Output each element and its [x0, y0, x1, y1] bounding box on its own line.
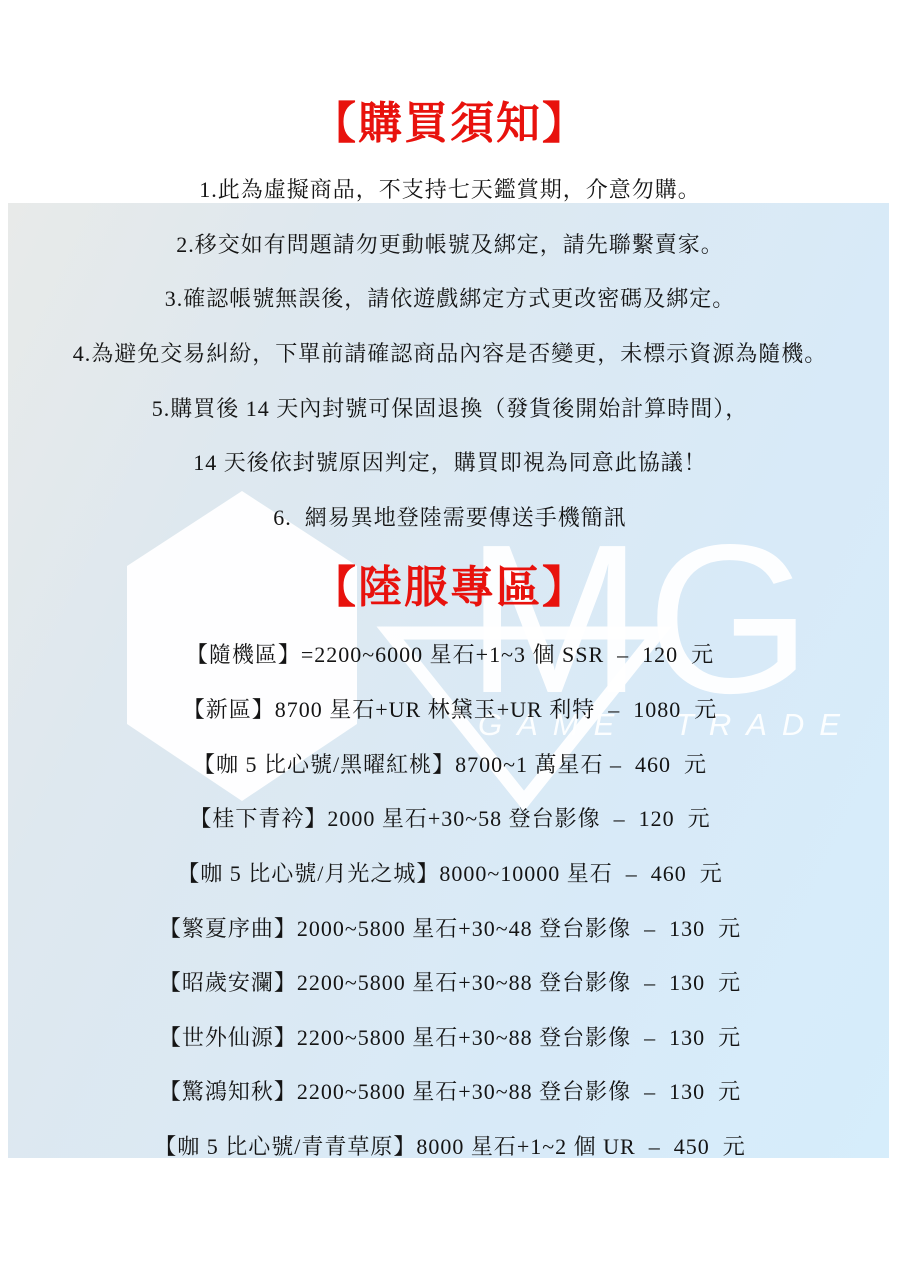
- notice-line-3: 3.確認帳號無誤後，請依遊戲綁定方式更改密碼及綁定。: [0, 284, 900, 314]
- notice-line-2: 2.移交如有問題請勿更動帳號及綁定，請先聯繫賣家。: [0, 230, 900, 260]
- notice-line-4: 4.為避免交易糾紛，下單前請確認商品內容是否變更，未標示資源為隨機。: [0, 339, 900, 369]
- notice-line-5a: 5.購買後 14 天內封號可保固退換（發貨後開始計算時間），: [0, 394, 900, 424]
- price-item-1: 【隨機區】=2200~6000 星石+1~3 個 SSR – 120 元: [0, 640, 900, 670]
- price-item-3: 【咖 5 比心號/黑曜紅桃】8700~1 萬星石 – 460 元: [0, 750, 900, 780]
- price-item-8: 【世外仙源】2200~5800 星石+30~88 登台影像 – 130 元: [0, 1023, 900, 1053]
- price-item-7: 【昭歲安瀾】2200~5800 星石+30~88 登台影像 – 130 元: [0, 968, 900, 998]
- price-item-4: 【桂下青衿】2000 星石+30~58 登台影像 – 120 元: [0, 804, 900, 834]
- notice-line-5b: 14 天後依封號原因判定，購買即視為同意此協議！: [0, 448, 900, 478]
- cn-server-title: 【陸服專區】: [0, 560, 900, 616]
- notice-line-1: 1.此為虛擬商品，不支持七天鑑賞期，介意勿購。: [0, 175, 900, 205]
- notice-page: MG GAME TRADE 【購買須知】 1.此為虛擬商品，不支持七天鑑賞期，介…: [0, 0, 900, 1273]
- price-item-9: 【驚鴻知秋】2200~5800 星石+30~88 登台影像 – 130 元: [0, 1077, 900, 1107]
- price-item-5: 【咖 5 比心號/月光之城】8000~10000 星石 – 460 元: [0, 859, 900, 889]
- notice-line-6: 6. 網易異地登陸需要傳送手機簡訊: [0, 503, 900, 533]
- notice-title: 【購買須知】: [0, 96, 900, 152]
- price-item-10: 【咖 5 比心號/青青草原】8000 星石+1~2 個 UR – 450 元: [0, 1132, 900, 1162]
- price-item-6: 【繁夏序曲】2000~5800 星石+30~48 登台影像 – 130 元: [0, 914, 900, 944]
- price-item-2: 【新區】8700 星石+UR 林黛玉+UR 利特 – 1080 元: [0, 695, 900, 725]
